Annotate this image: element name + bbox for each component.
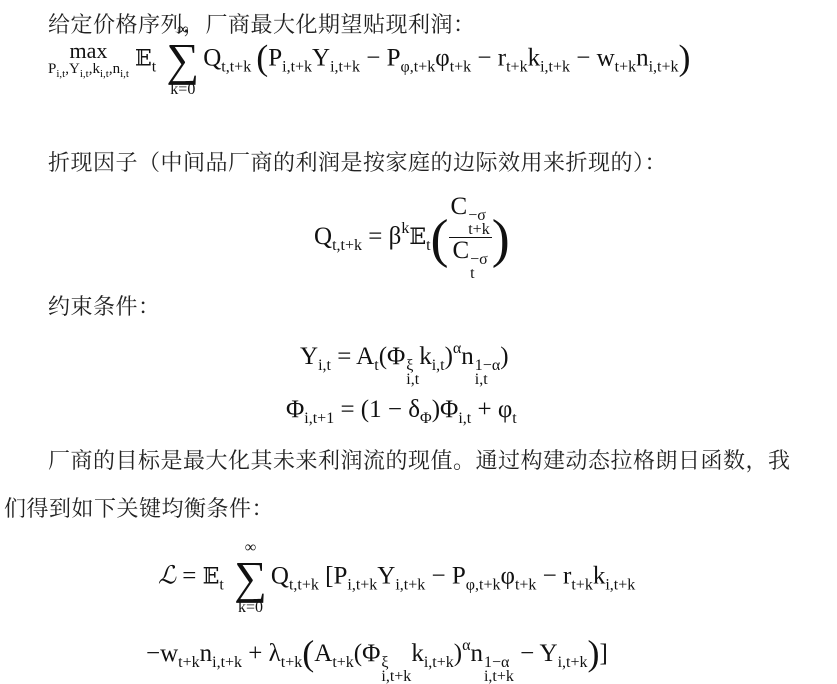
equation-profit-maximization: max Pi,t,Yi,t,ki,t,ni,t 𝔼t ∞ ∑ k=0 Qt,t+… bbox=[48, 22, 691, 98]
summation-operator: ∞ ∑ k=0 bbox=[166, 22, 199, 98]
equation-accumulation: Φi,t+1 = (1 − δΦ)Φi,t + φt bbox=[286, 396, 517, 428]
fraction-marginal-utility: C−σt+kC−σt bbox=[449, 196, 492, 281]
paragraph-constraints: 约束条件： bbox=[48, 290, 161, 321]
paragraph-lagrangian-intro-line1: 厂商的目标是最大化其未来利润流的现值。通过构建动态拉格朗日函数，我 bbox=[48, 444, 791, 475]
equation-production-function: Yi,t = At(Φξi,tki,t)αn1−αi,t) bbox=[300, 340, 509, 387]
paragraph-lagrangian-intro-line2: 们得到如下关键均衡条件： bbox=[4, 492, 274, 523]
equation-lagrangian-line1: ℒ = 𝔼t ∞ ∑ k=0 Qt,t+k [Pi,t+kYi,t+k − Pφ… bbox=[158, 540, 635, 616]
max-operator: max Pi,t,Yi,t,ki,t,ni,t bbox=[48, 40, 129, 80]
summation-operator-lagrangian: ∞ ∑ k=0 bbox=[234, 540, 267, 616]
paragraph-discount-factor: 折现因子（中间品厂商的利润是按家庭的边际效用来折现的）： bbox=[48, 146, 667, 177]
equation-discount-factor: Qt,t+k = βk𝔼t(C−σt+kC−σt) bbox=[314, 196, 510, 281]
equation-lagrangian-line2: −wt+kni,t+k + λt+k(At+k(Φξi,t+kki,t+k)αn… bbox=[146, 632, 608, 684]
